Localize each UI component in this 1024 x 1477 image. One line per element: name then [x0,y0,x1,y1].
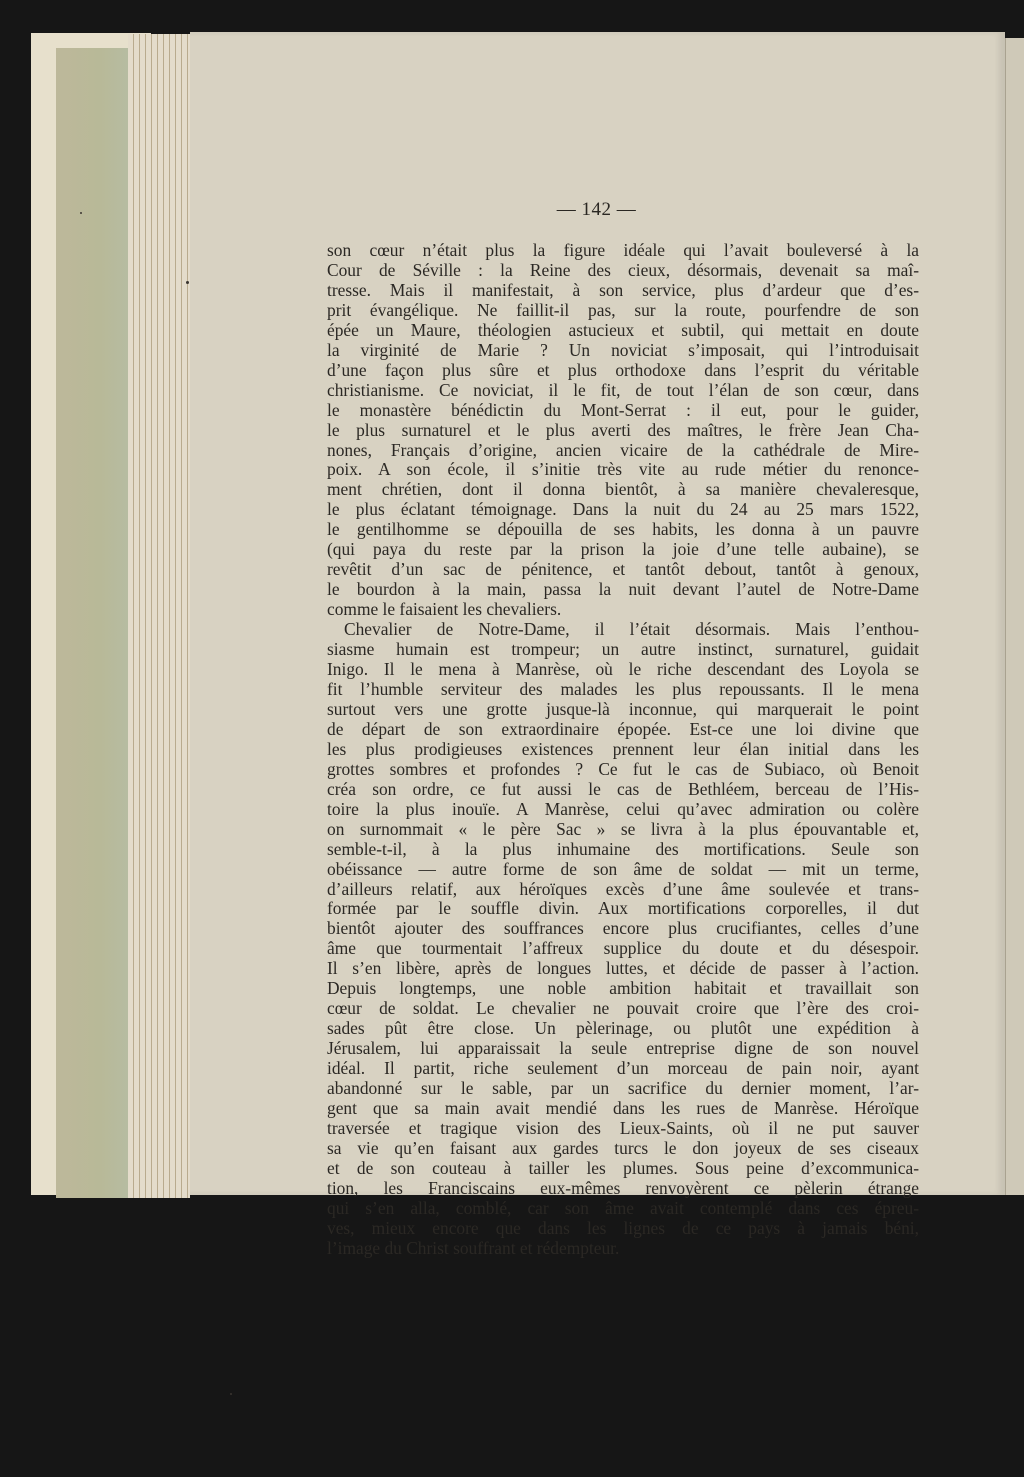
text-line: âme que tourmentait l’affreux supplice d… [327,939,919,959]
text-line: surtout vers une grotte jusque-là inconn… [327,700,919,720]
text-line: toire la plus inouïe. A Manrèse, celui q… [327,800,919,820]
text-line: bientôt ajouter des souffrances encore p… [327,919,919,939]
text-line: d’ailleurs relatif, aux héroïques excès … [327,880,919,900]
text-line: d’une façon plus sûre et plus orthodoxe … [327,361,919,381]
text-line: fit l’humble serviteur des malades les p… [327,680,919,700]
next-page-edge [1005,38,1024,1195]
text-line: cœur de soldat. Le chevalier ne pouvait … [327,999,919,1019]
text-line: la virginité de Marie ? Un noviciat s’im… [327,341,919,361]
text-line: ves, mieux encore que dans les lignes de… [327,1219,919,1239]
text-line: Il s’en libère, après de longues luttes,… [327,959,919,979]
text-line: siasme humain est trompeur; un autre ins… [327,640,919,660]
text-line: prit évangélique. Ne faillit-il pas, sur… [327,301,919,321]
text-line: le plus éclatant témoignage. Dans la nui… [327,500,919,520]
text-line: (qui paya du reste par la prison la joie… [327,540,919,560]
text-line: l’image du Christ souffrant et rédempteu… [327,1239,919,1259]
text-line: le gentilhomme se dépouilla de ses habit… [327,520,919,540]
text-line: Chevalier de Notre-Dame, il l’était déso… [327,620,919,640]
text-line: et de son couteau à tailler les plumes. … [327,1159,919,1179]
paper-speck [80,212,82,214]
text-line: Cour de Séville : la Reine des cieux, dé… [327,261,919,281]
paragraph: Chevalier de Notre-Dame, il l’était déso… [327,620,919,1259]
text-line: créa son ordre, ce fut aussi le cas de B… [327,780,919,800]
text-line: les plus prodigieuses existences prennen… [327,740,919,760]
text-line: gent que sa main avait mendié dans les r… [327,1099,919,1119]
text-line: poix. A son école, il s’initie très vite… [327,460,919,480]
text-line: Jérusalem, lui apparaissait la seule ent… [327,1039,919,1059]
text-line: on surnommait « le père Sac » se livra à… [327,820,919,840]
text-line: traversée et tragique vision des Lieux-S… [327,1119,919,1139]
text-line: Depuis longtemps, une noble ambition hab… [327,979,919,999]
paper-speck [186,281,189,284]
text-line: tresse. Mais il manifestait, à son servi… [327,281,919,301]
endpaper-strip [56,48,130,1198]
text-line: le bourdon à la main, passa la nuit deva… [327,580,919,600]
page-number: — 142 — [189,199,1004,221]
text-line: idéal. Il partit, riche seulement d’un m… [327,1059,919,1079]
text-line: le plus surnaturel et le plus averti des… [327,421,919,441]
text-line: comme le faisaient les chevaliers. [327,600,919,620]
text-line: semble-t-il, à la plus inhumaine des mor… [327,840,919,860]
text-line: sades pût être close. Un pèlerinage, ou … [327,1019,919,1039]
text-line: obéissance — autre forme de son âme de s… [327,860,919,880]
text-line: abandonné sur le sable, par un sacrifice… [327,1079,919,1099]
text-line: le monastère bénédictin du Mont-Serrat :… [327,401,919,421]
paragraph: son cœur n’était plus la figure idéale q… [327,241,919,620]
text-line: de départ de son extraordinaire épopée. … [327,720,919,740]
text-line: grottes sombres et profondes ? Ce fut le… [327,760,919,780]
text-line: formée par le souffle divin. Aux mortifi… [327,899,919,919]
body-text: son cœur n’était plus la figure idéale q… [327,241,919,1259]
text-line: tion, les Franciscains eux-mêmes renvoyè… [327,1179,919,1199]
text-line: christianisme. Ce noviciat, il le fit, d… [327,381,919,401]
text-line: épée un Maure, théologien astucieux et s… [327,321,919,341]
text-line: qui s’en alla, comblé, car son âme avait… [327,1199,919,1219]
text-line: Inigo. Il le mena à Manrèse, où le riche… [327,660,919,680]
text-line: nones, Français d’origine, ancien vicair… [327,441,919,461]
paper-speck [230,1393,232,1395]
text-line: revêtit d’un sac de pénitence, et tantôt… [327,560,919,580]
text-line: sa vie qu’en faisant aux gardes turcs le… [327,1139,919,1159]
text-line: ment chrétien, dont il donna bientôt, à … [327,480,919,500]
text-line: son cœur n’était plus la figure idéale q… [327,241,919,261]
page-edges [128,34,190,1198]
